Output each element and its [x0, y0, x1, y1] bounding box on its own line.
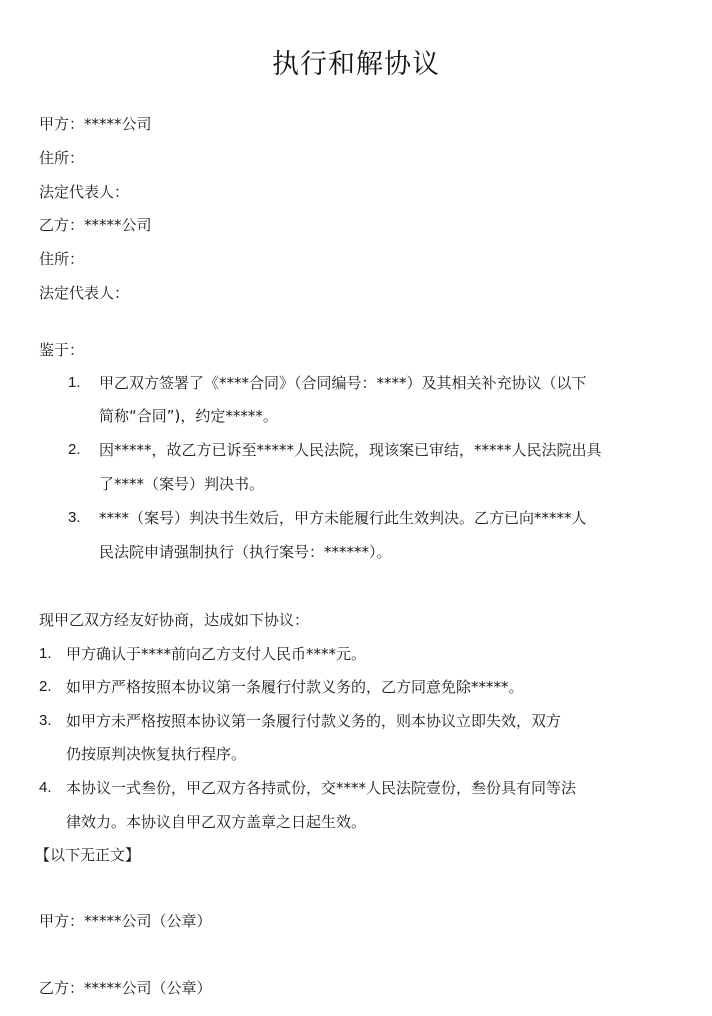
party-a-representative: 法定代表人： [39, 182, 129, 202]
document-title: 执行和解协议 [0, 42, 712, 81]
document-page: 执行和解协议 甲方：*****公司 住所： 法定代表人： 乙方：*****公司 … [0, 0, 712, 1016]
list-text: 仍按原判决恢复执行程序。 [66, 744, 246, 764]
party-b-signature: 乙方：*****公司（公章） [39, 978, 212, 998]
list-text: 甲方确认于****前向乙方支付人民币****元。 [66, 644, 366, 664]
list-text: 简称“合同”)，约定*****。 [99, 406, 278, 426]
list-text: 如甲方未严格按照本协议第一条履行付款义务的，则本协议立即失效，双方 [66, 711, 561, 731]
party-b-representative: 法定代表人： [39, 283, 129, 303]
list-text: ****（案号）判决书生效后，甲方未能履行此生效判决。乙方已向*****人 [99, 508, 587, 528]
list-text: 如甲方严格按照本协议第一条履行付款义务的，乙方同意免除*****。 [66, 677, 524, 697]
list-text: 因*****，故乙方已诉至*****人民法院，现该案已审结，*****人民法院出… [99, 440, 602, 460]
party-b-name: 乙方：*****公司 [39, 215, 152, 235]
list-number: 2. [68, 440, 81, 460]
list-number: 2. [39, 677, 52, 697]
list-number: 3. [39, 711, 52, 731]
list-text: 律效力。本协议自甲乙双方盖章之日起生效。 [66, 812, 366, 832]
end-of-text-note: 【以下无正文】 [35, 845, 140, 865]
list-text: 了****（案号）判决书。 [99, 474, 264, 494]
list-text: 民法院申请强制执行（执行案号：******）。 [99, 542, 392, 562]
party-a-signature: 甲方：*****公司（公章） [39, 911, 212, 931]
list-number: 1. [39, 644, 52, 664]
agreement-intro: 现甲乙双方经友好协商，达成如下协议： [39, 610, 309, 630]
party-a-name: 甲方：*****公司 [39, 114, 152, 134]
party-a-address: 住所： [39, 148, 84, 168]
whereas-heading: 鉴于： [39, 340, 84, 360]
list-number: 3. [68, 508, 81, 528]
list-text: 甲乙双方签署了《****合同》（合同编号：****）及其相关补充协议（以下 [99, 373, 587, 393]
list-number: 4. [39, 778, 52, 798]
list-text: 本协议一式叁份，甲乙双方各持贰份，交****人民法院壹份，叁份具有同等法 [66, 778, 576, 798]
party-b-address: 住所： [39, 249, 84, 269]
list-number: 1. [68, 373, 81, 393]
